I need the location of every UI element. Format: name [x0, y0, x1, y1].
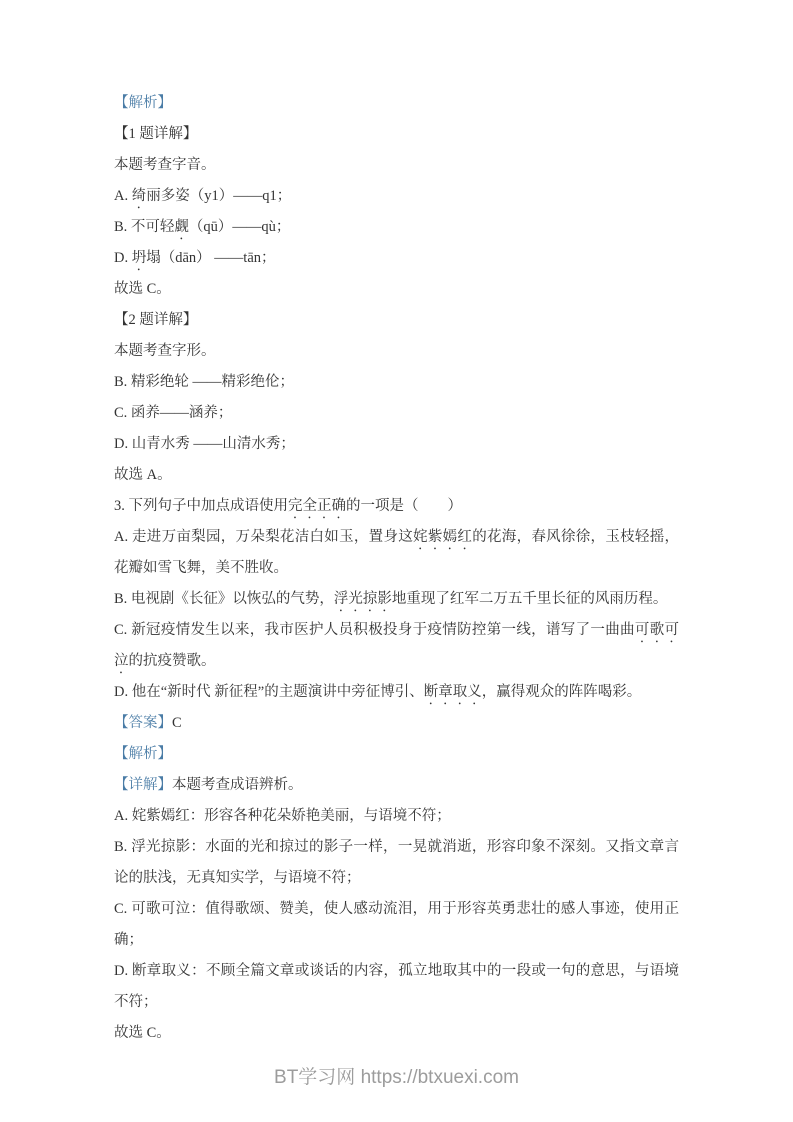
- paragraph: 【2 题详解】: [114, 305, 679, 336]
- paragraph: 故选 A。: [114, 460, 679, 491]
- text-segment: 故选 C。: [114, 1025, 171, 1041]
- text-segment: A. 姹紫嫣红：形容各种花朵娇艳美丽，与语境不符；: [114, 808, 451, 824]
- text-segment: 地重现了红军二万五千里长征的风雨历程。: [392, 591, 668, 607]
- text-segment: ，赢得观众的阵阵喝彩。: [482, 684, 642, 700]
- section-label: 【答案】: [114, 715, 172, 731]
- text-segment: 本题考查字音。: [114, 157, 216, 173]
- paragraph: C. 函养——涵养；: [114, 398, 679, 429]
- paragraph: C. 可歌可泣：值得歌颂、赞美，使人感动流泪，用于形容英勇悲壮的感人事迹，使用正…: [114, 894, 679, 956]
- section-label: 【详解】: [114, 777, 172, 793]
- text-segment: A.: [114, 188, 132, 204]
- emphasized-idiom: 觑: [174, 219, 189, 235]
- paragraph: 【详解】本题考查成语辨析。: [114, 770, 679, 801]
- footer-site-credit: BT学习网 https://btxuexi.com: [274, 1067, 519, 1088]
- text-segment: A. 走进万亩梨园，万朵梨花洁白如玉，置身这: [114, 529, 413, 545]
- paragraph: B. 不可轻觑（qū）——qù；: [114, 212, 679, 243]
- paragraph: B. 浮光掠影：水面的光和掠过的影子一样，一晃就消逝，形容印象不深刻。又指文章言…: [114, 832, 679, 894]
- text-segment: 3. 下列句子中加点成语使用: [114, 498, 288, 514]
- emphasized-idiom: 姹紫嫣红: [413, 529, 472, 545]
- paragraph: 故选 C。: [114, 274, 679, 305]
- text-segment: B. 精彩绝轮 ——精彩绝伦；: [114, 374, 294, 390]
- text-segment: 的抗疫赞歌。: [129, 653, 216, 669]
- emphasized-idiom: 断章取义: [424, 684, 482, 700]
- text-segment: C. 新冠疫情发生以来，我市医护人员积极投身于疫情防控第一线，谱写了一曲曲: [114, 622, 635, 638]
- paragraph: 【解析】: [114, 88, 679, 119]
- text-segment: D. 他在“新时代 新征程”的主题演讲中旁征博引、: [114, 684, 424, 700]
- paragraph: D. 坍塌（dān） ——tān；: [114, 243, 679, 274]
- text-segment: 塌（dān） ——tān；: [146, 250, 275, 266]
- text-segment: D. 山青水秀 ——山清水秀；: [114, 436, 295, 452]
- paragraph: 【1 题详解】: [114, 119, 679, 150]
- emphasized-idiom: 坍: [132, 250, 147, 266]
- paragraph: A. 走进万亩梨园，万朵梨花洁白如玉，置身这姹紫嫣红的花海，春风徐徐，玉枝轻摇，…: [114, 522, 679, 584]
- paragraph: D. 断章取义：不顾全篇文章或谈话的内容，孤立地取其中的一段或一句的意思，与语境…: [114, 956, 679, 1018]
- document-page: 【解析】【1 题详解】本题考查字音。A. 绮丽多姿（y1）——q1；B. 不可轻…: [0, 0, 793, 1122]
- paragraph: A. 姹紫嫣红：形容各种花朵娇艳美丽，与语境不符；: [114, 801, 679, 832]
- paragraph: 故选 C。: [114, 1018, 679, 1049]
- paragraph: 本题考查字形。: [114, 336, 679, 367]
- emphasized-idiom: 浮光掠影: [334, 591, 392, 607]
- text-segment: B. 浮光掠影：水面的光和掠过的影子一样，一晃就消逝，形容印象不深刻。又指文章言…: [114, 839, 679, 886]
- text-segment: C. 可歌可泣：值得歌颂、赞美，使人感动流泪，用于形容英勇悲壮的感人事迹，使用正…: [114, 901, 679, 948]
- paragraph: 3. 下列句子中加点成语使用完全正确的一项是（ ）: [114, 491, 679, 522]
- paragraph: C. 新冠疫情发生以来，我市医护人员积极投身于疫情防控第一线，谱写了一曲曲可歌可…: [114, 615, 679, 677]
- section-label: 【解析】: [114, 746, 172, 762]
- section-label: 【解析】: [114, 95, 172, 111]
- text-segment: 故选 A。: [114, 467, 172, 483]
- text-segment: C. 函养——涵养；: [114, 405, 232, 421]
- text-segment: D.: [114, 250, 132, 266]
- paragraph: B. 电视剧《长征》以恢弘的气势，浮光掠影地重现了红军二万五千里长征的风雨历程。: [114, 584, 679, 615]
- text-segment: （qū）——qù；: [189, 219, 291, 235]
- emphasized-idiom: 绮: [132, 188, 147, 204]
- text-segment: C: [172, 715, 182, 731]
- text-segment: 【1 题详解】: [114, 126, 197, 142]
- paragraph: 【解析】: [114, 739, 679, 770]
- emphasized-idiom: 完全正确: [288, 498, 346, 514]
- text-segment: 本题考查字形。: [114, 343, 216, 359]
- paragraph: D. 他在“新时代 新征程”的主题演讲中旁征博引、断章取义，赢得观众的阵阵喝彩。: [114, 677, 679, 708]
- text-segment: B. 不可轻: [114, 219, 174, 235]
- paragraph: 【答案】C: [114, 708, 679, 739]
- text-segment: B. 电视剧《长征》以恢弘的气势，: [114, 591, 334, 607]
- paragraph: 本题考查字音。: [114, 150, 679, 181]
- text-segment: 故选 C。: [114, 281, 171, 297]
- paragraph: B. 精彩绝轮 ——精彩绝伦；: [114, 367, 679, 398]
- text-segment: 【2 题详解】: [114, 312, 197, 328]
- text-segment: D. 断章取义：不顾全篇文章或谈话的内容，孤立地取其中的一段或一句的意思，与语境…: [114, 963, 679, 1010]
- document-body: 【解析】【1 题详解】本题考查字音。A. 绮丽多姿（y1）——q1；B. 不可轻…: [114, 88, 679, 1049]
- text-segment: 的一项是（ ）: [346, 498, 462, 514]
- page-footer: BT学习网 https://btxuexi.com: [0, 1062, 793, 1089]
- text-segment: 本题考查成语辨析。: [172, 777, 303, 793]
- text-segment: 丽多姿（y1）——q1；: [146, 188, 291, 204]
- paragraph: D. 山青水秀 ——山清水秀；: [114, 429, 679, 460]
- paragraph: A. 绮丽多姿（y1）——q1；: [114, 181, 679, 212]
